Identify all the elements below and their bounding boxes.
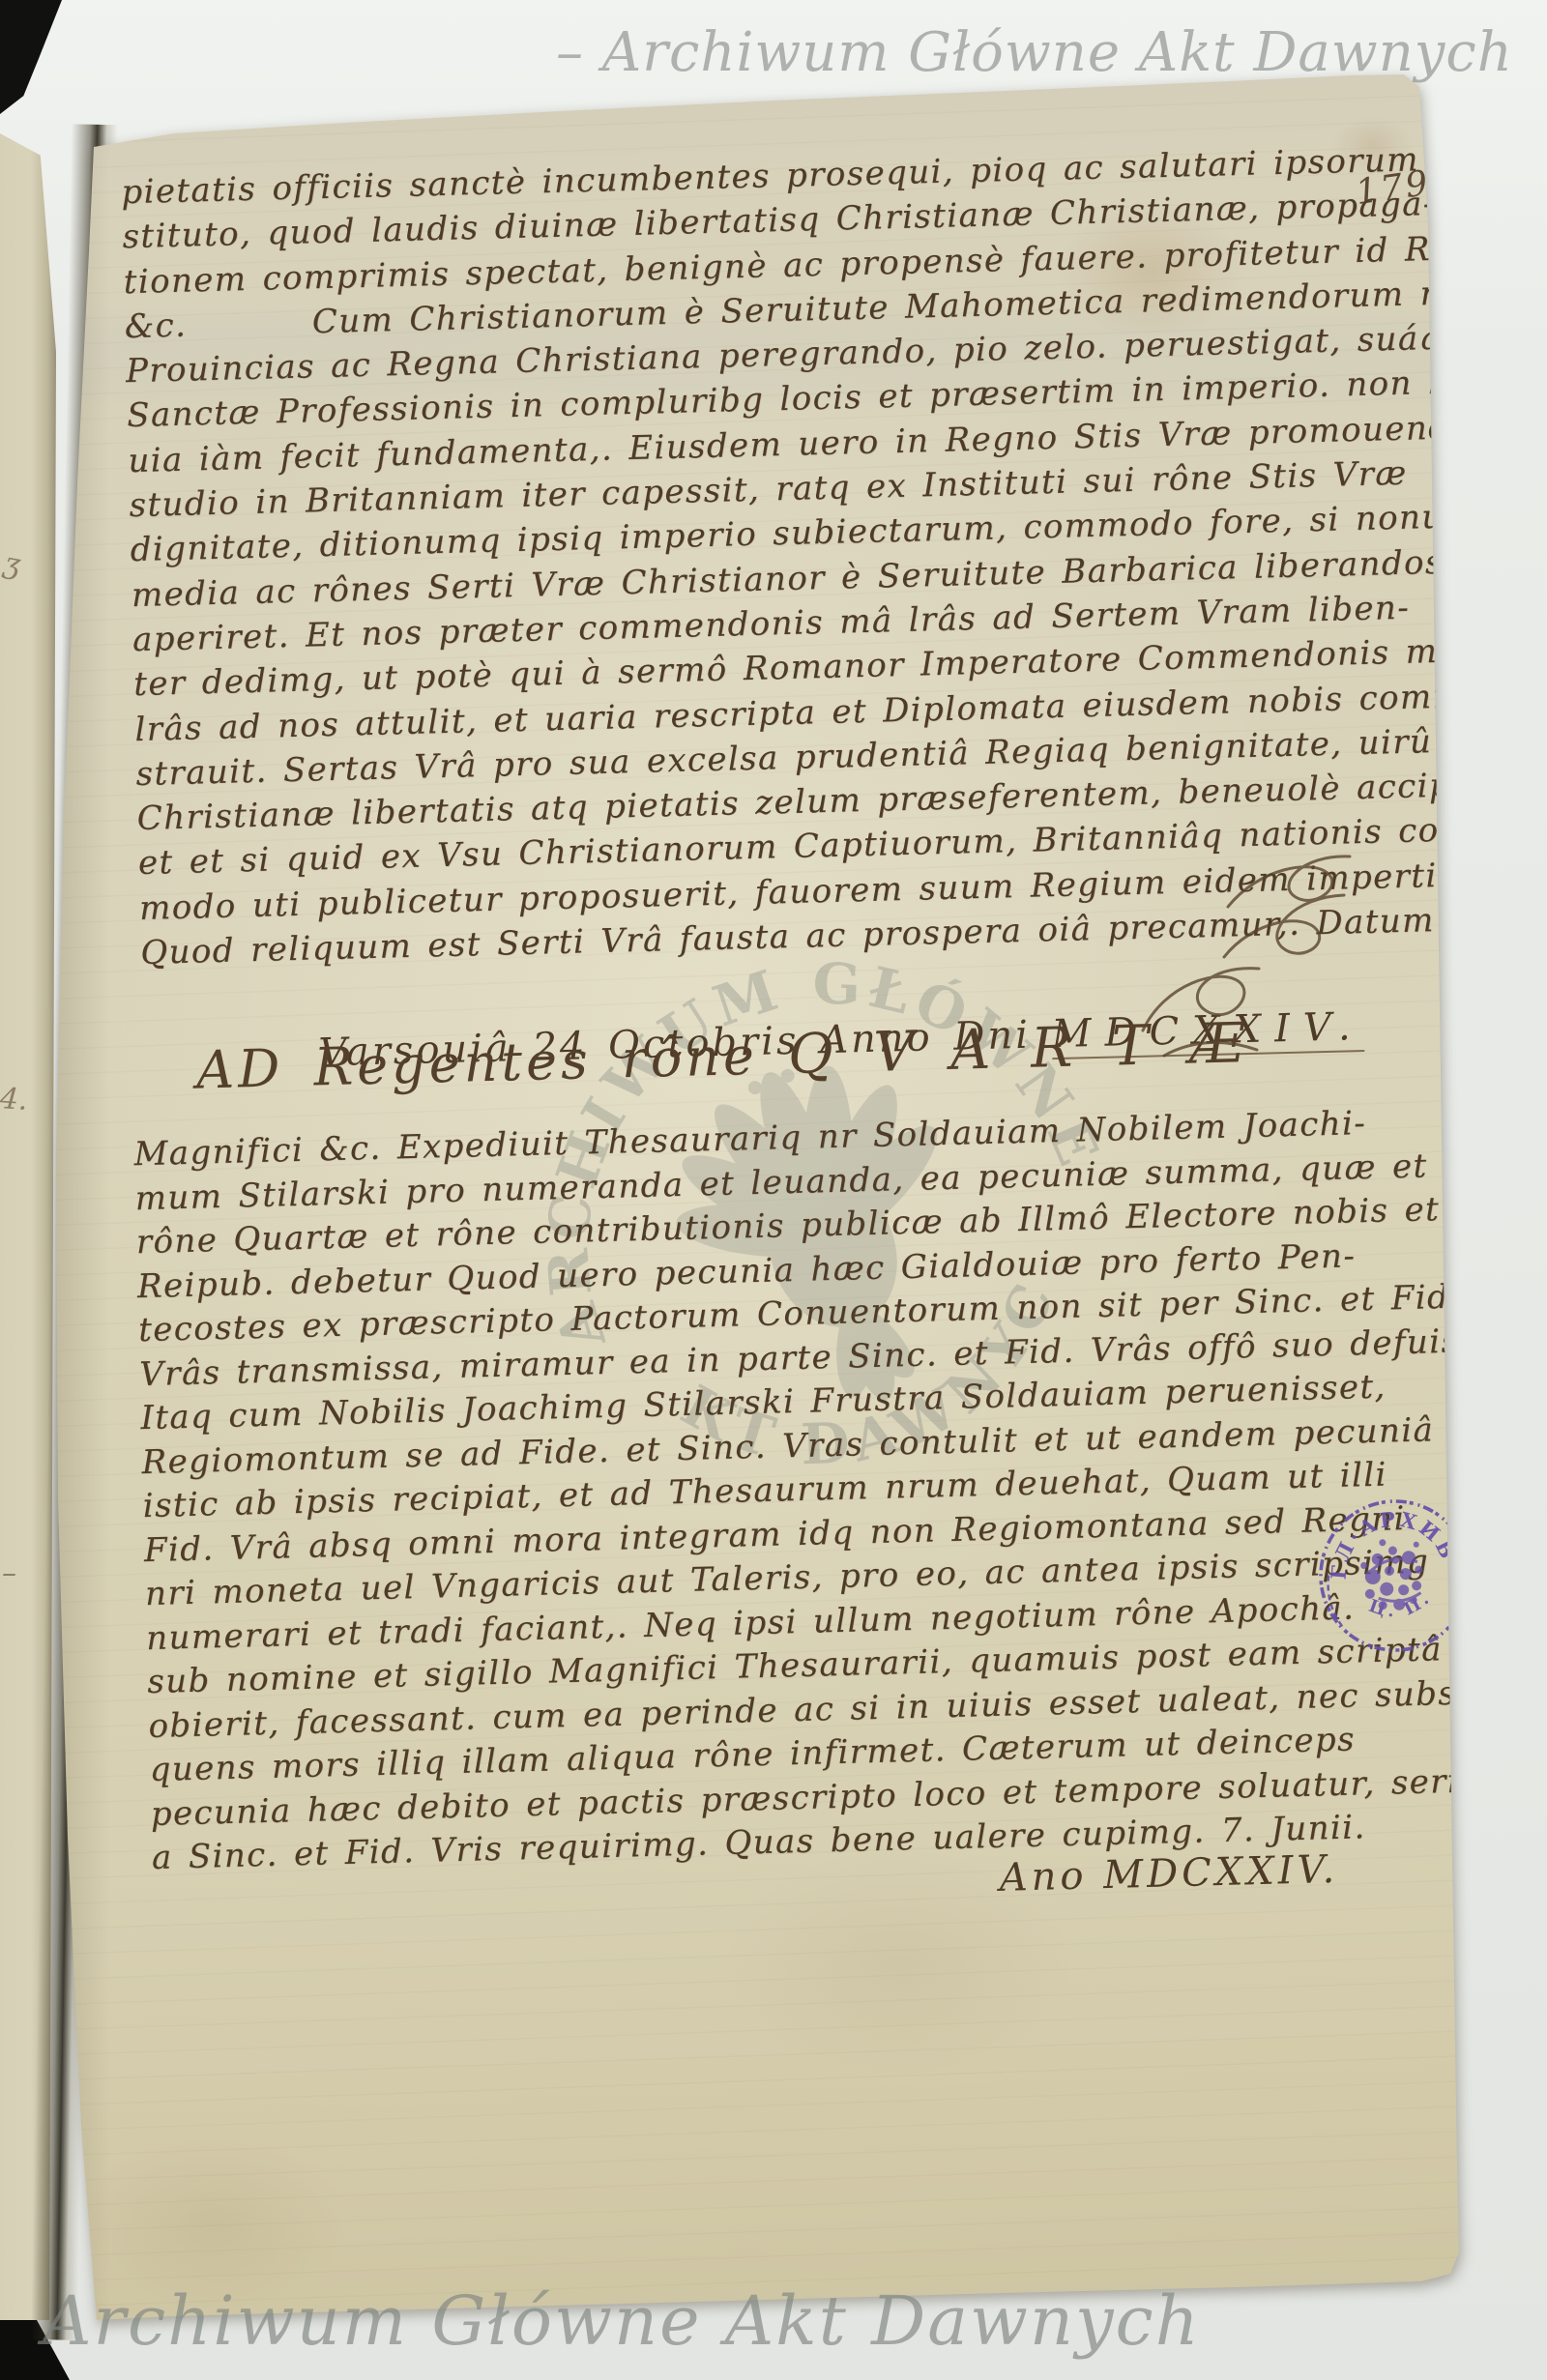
manuscript-scan: ʒ 4. – ARCHIWUM GŁÓWNE AKT DAWNYCH: [0, 0, 1547, 2380]
handwriting-layer: pietatis officiis sanctè incumbentes pro…: [101, 104, 1512, 140]
watermark-text-bottom: Archiwum Główne Akt Dawnych: [43, 2281, 1201, 2361]
closing-year: Ano MDCXXIV.: [999, 1847, 1339, 1901]
archive-stamp: ·ГЛ·АРХИВ· Ц. П.: [1305, 1481, 1489, 1674]
heading-emphasis: QVARTÆ: [787, 1010, 1286, 1087]
manuscript-page: ARCHIWUM GŁÓWNE AKT DAWNYCH: [48, 68, 1462, 2326]
stamp-ring-text-top: ·ГЛ·АРХИВ·: [1305, 1481, 1462, 1589]
watermark-text-top: – Archiwum Główne Akt Dawnych: [556, 21, 1513, 84]
book-cover-corner-top: [0, 0, 62, 114]
letter-block-1: pietatis officiis sanctè incumbentes pro…: [121, 134, 1547, 975]
heading-lead: AD Regentes rône: [195, 1025, 789, 1100]
adjacent-page-ink-mark: 4.: [0, 1082, 29, 1117]
svg-text:·ГЛ·АРХИВ·: ·ГЛ·АРХИВ·: [1305, 1481, 1462, 1589]
adjacent-page-ink-mark: –: [2, 1556, 16, 1590]
